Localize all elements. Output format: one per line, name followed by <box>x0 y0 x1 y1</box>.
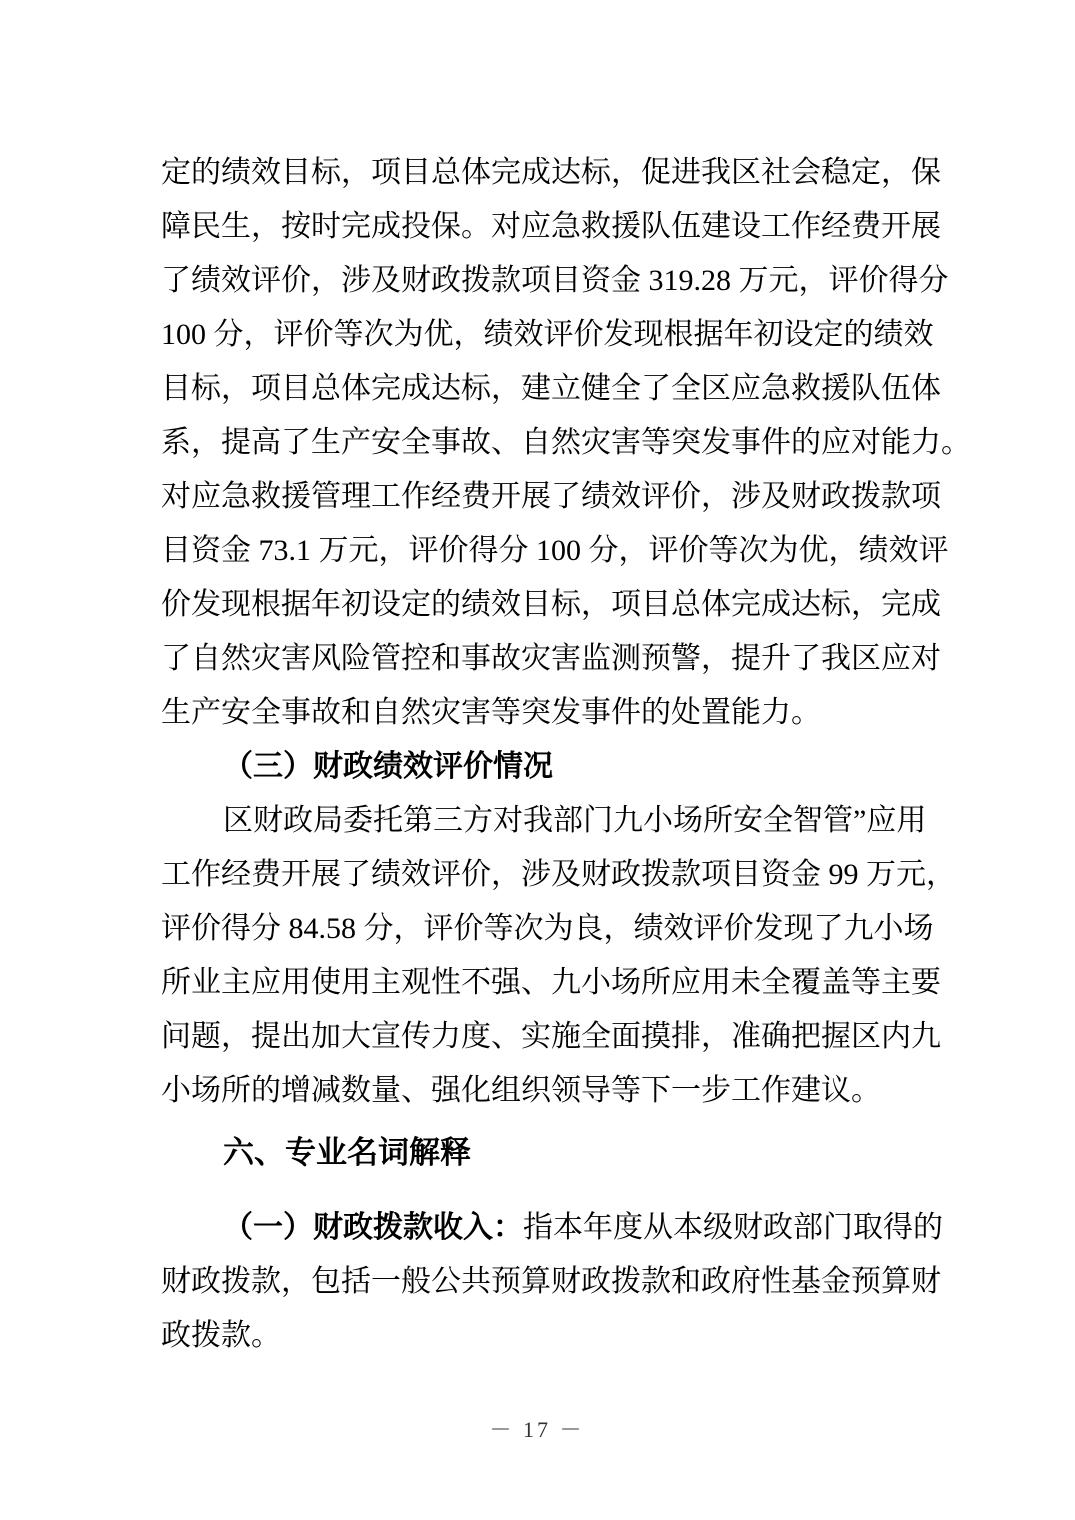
text-line: 生产安全事故和自然灾害等突发事件的处置能力。 <box>161 686 913 740</box>
term-definition-text: 指本年度从本级财政部门取得的 <box>523 1211 943 1244</box>
text-line: 价发现根据年初设定的绩效目标，项目总体完成达标，完成 <box>161 578 913 632</box>
text-line: 政拨款。 <box>161 1309 913 1363</box>
text-line: 评价得分 84.58 分，评价等次为良，绩效评价发现了九小场 <box>161 902 913 956</box>
paragraph-performance-continued: 定的绩效目标，项目总体完成达标，促进我区社会稳定，保 障民生，按时完成投保。对应… <box>161 146 913 740</box>
paragraph-fiscal-performance-evaluation: 区财政局委托第三方对我部门九小场所安全智管”应用 工作经费开展了绩效评价，涉及财… <box>161 794 913 1118</box>
text-line: 对应急救援管理工作经费开展了绩效评价，涉及财政拨款项 <box>161 470 913 524</box>
text-line: 小场所的增减数量、强化组织领导等下一步工作建议。 <box>161 1064 913 1118</box>
text-line: 定的绩效目标，项目总体完成达标，促进我区社会稳定，保 <box>161 146 913 200</box>
text-line: 目标，项目总体完成达标，建立健全了全区应急救援队伍体 <box>161 362 913 416</box>
text-line: 了自然灾害风险管控和事故灾害监测预警，提升了我区应对 <box>161 632 913 686</box>
text-line: 工作经费开展了绩效评价，涉及财政拨款项目资金 99 万元， <box>161 848 913 902</box>
text-line: 障民生，按时完成投保。对应急救援队伍建设工作经费开展 <box>161 200 913 254</box>
text-line: 区财政局委托第三方对我部门九小场所安全智管”应用 <box>161 794 913 848</box>
text-line: 系，提高了生产安全事故、自然灾害等突发事件的应对能力。 <box>161 416 913 470</box>
section-heading-fiscal-performance-evaluation: （三）财政绩效评价情况 <box>161 740 913 794</box>
text-line: 了绩效评价，涉及财政拨款项目资金 319.28 万元，评价得分 <box>161 254 913 308</box>
paragraph-term-fiscal-appropriation-income: （一）财政拨款收入：指本年度从本级财政部门取得的 财政拨款，包括一般公共预算财政… <box>161 1201 913 1363</box>
term-definition-first-line: （一）财政拨款收入：指本年度从本级财政部门取得的 <box>161 1201 913 1255</box>
section-heading-glossary: 六、专业名词解释 <box>161 1126 913 1180</box>
page-number: － 17 － <box>161 1413 913 1444</box>
text-line: 问题，提出加大宣传力度、实施全面摸排，准确把握区内九 <box>161 1010 913 1064</box>
text-line: 财政拨款，包括一般公共预算财政拨款和政府性基金预算财 <box>161 1255 913 1309</box>
text-line: 所业主应用使用主观性不强、九小场所应用未全覆盖等主要 <box>161 956 913 1010</box>
document-page: 定的绩效目标，项目总体完成达标，促进我区社会稳定，保 障民生，按时完成投保。对应… <box>0 0 1075 1520</box>
text-line: 100 分，评价等次为优，绩效评价发现根据年初设定的绩效 <box>161 308 913 362</box>
text-line: 目资金 73.1 万元，评价得分 100 分，评价等次为优，绩效评 <box>161 524 913 578</box>
term-title: （一）财政拨款收入： <box>223 1211 523 1244</box>
